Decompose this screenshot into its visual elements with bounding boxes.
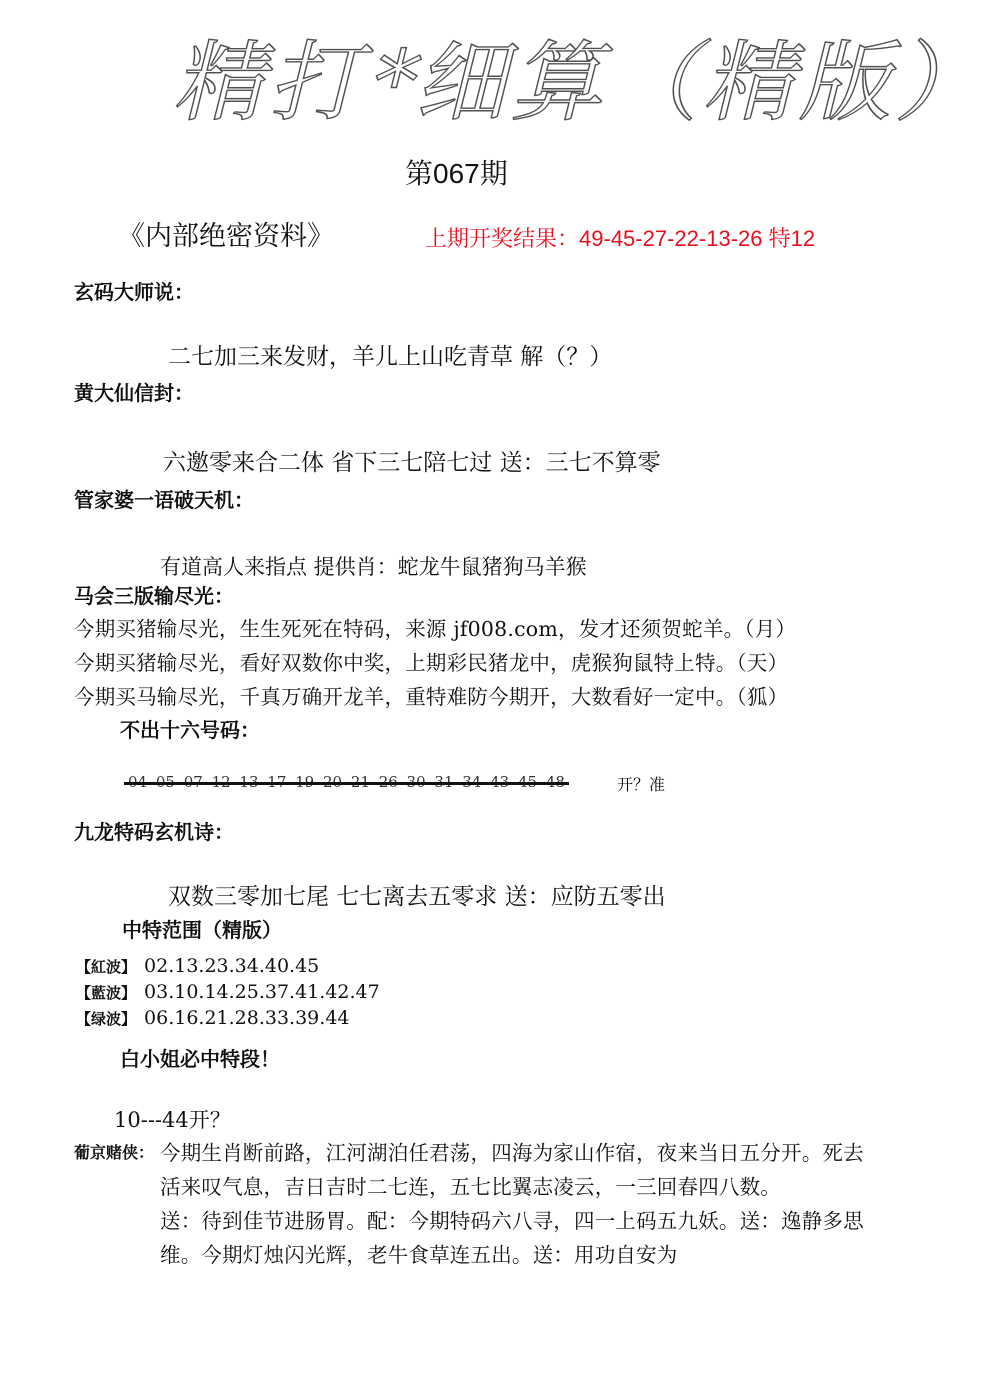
excluded-numbers-text: 04 05 07 12 13 17 19 20 21 26 30 31 34 4… (128, 773, 565, 791)
pujing-line-4: 维。今期灯烛闪光辉，老牛食草连五出。送：用功自安为 (160, 1238, 678, 1268)
baixiaojie-text: 10---44开？ (114, 1104, 231, 1134)
pujing-line-3: 送：待到佳节进肠胃。配：今期特码六八寻，四一上码五九妖。送：逸静多思 (160, 1204, 864, 1234)
section-heading-xuanma: 玄码大师说： (74, 276, 194, 305)
wave-row-blue: 【藍波】03.10.14.25.37.41.42.47 (76, 981, 380, 1003)
section-heading-guanjiapo: 管家婆一语破天机： (74, 484, 254, 513)
mahui-line-1: 今期买猪输尽光，生生死死在特码，来源 jf008.com，发才还须贺蛇羊。（月） (74, 612, 796, 642)
section-heading-zhongte: 中特范围（精版） (122, 914, 282, 943)
excluded-numbers: 04 05 07 12 13 17 19 20 21 26 30 31 34 4… (128, 772, 565, 791)
mahui-line-2: 今期买猪输尽光，看好双数你中奖，上期彩民猪龙中，虎猴狗鼠特上特。（天） (74, 646, 788, 676)
section-heading-baixiaojie: 白小姐必中特段！ (120, 1043, 280, 1072)
excluded-numbers-suffix: 开？准 (617, 772, 665, 795)
guanjiapo-text: 有道高人来指点 提供肖：蛇龙牛鼠猪狗马羊猴 (160, 551, 587, 581)
last-result-special: 特12 (769, 226, 815, 251)
wave-row-green: 【绿波】06.16.21.28.33.39.44 (76, 1007, 350, 1029)
xuanma-text: 二七加三来发财，羊儿上山吃青草 解（？） (168, 338, 612, 371)
section-heading-mahui: 马会三版输尽光： (74, 580, 234, 609)
wave-label-green: 【绿波】 (76, 1010, 136, 1028)
section-label-pujing: 葡京赌侠： (74, 1140, 154, 1163)
wave-numbers-green: 06.16.21.28.33.39.44 (144, 1007, 349, 1029)
pujing-line-1: 今期生肖断前路，江河湖泊任君荡，四海为家山作宿，夜来当日五分开。死去 (160, 1136, 864, 1166)
last-result-numbers: 49-45-27-22-13-26 (579, 226, 762, 251)
issue-number: 第067期 (405, 152, 508, 192)
huangdaxian-text: 六邀零来合二体 省下三七陪七过 送：三七不算零 (163, 444, 661, 477)
section-heading-huangdaxian: 黄大仙信封： (74, 377, 194, 406)
mahui-line-3: 今期买马输尽光，千真万确开龙羊，重特难防今期开，大数看好一定中。（狐） (74, 680, 788, 710)
wave-numbers-blue: 03.10.14.25.37.41.42.47 (144, 981, 380, 1003)
last-result-label: 上期开奖结果： (425, 226, 579, 251)
banner-title-text: 精打*细算（精版） (167, 31, 793, 136)
wave-numbers-red: 02.13.23.34.40.45 (144, 955, 319, 977)
wave-row-red: 【紅波】02.13.23.34.40.45 (76, 955, 319, 977)
section-heading-buchu: 不出十六号码： (120, 714, 260, 743)
pujing-line-2: 活来叹气息，吉日吉时二七连，五七比翼志凌云，一三回春四八数。 (160, 1170, 781, 1200)
wave-label-red: 【紅波】 (76, 958, 136, 976)
banner-title: 精打*细算（精版） (180, 28, 780, 138)
section-heading-jiulong: 九龙特码玄机诗： (74, 816, 234, 845)
document-title: 《内部绝密资料》 (118, 214, 334, 253)
last-draw-result: 上期开奖结果：49-45-27-22-13-26 特12 (425, 222, 815, 253)
jiulong-text: 双数三零加七尾 七七离去五零求 送：应防五零出 (168, 878, 666, 911)
wave-label-blue: 【藍波】 (76, 984, 136, 1002)
